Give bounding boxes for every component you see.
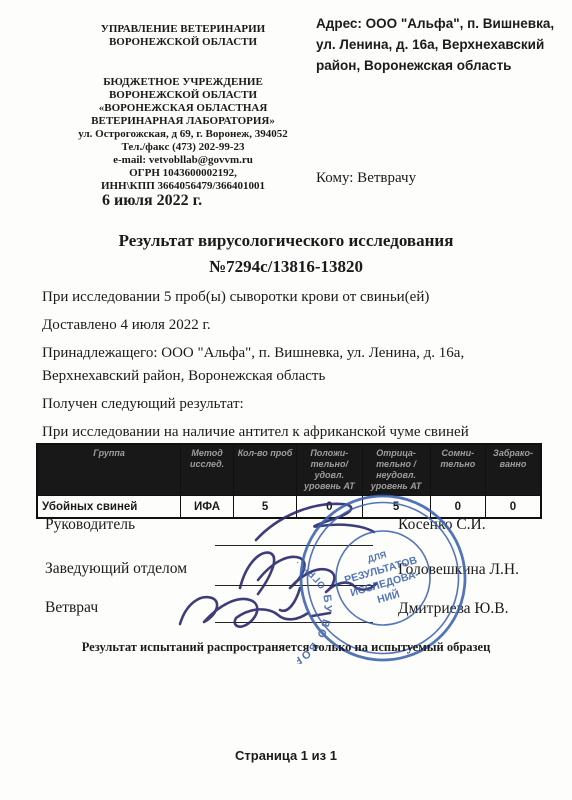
body-paragraph: Получен следующий результат: bbox=[42, 393, 544, 416]
recipient-address: Адрес: ООО "Альфа", п. Вишневка, ул. Лен… bbox=[316, 13, 564, 76]
page-number: Страница 1 из 1 bbox=[0, 748, 572, 763]
body-paragraph: При исследовании 5 проб(ы) сыворотки кро… bbox=[42, 286, 544, 309]
document-page: УПРАВЛЕНИЕ ВЕТЕРИНАРИИ ВОРОНЕЖСКОЙ ОБЛАС… bbox=[0, 0, 572, 800]
col-header-method: Метод исслед. bbox=[181, 444, 234, 496]
org-institution-details: БЮДЖЕТНОЕ УЧРЕЖДЕНИЕ ВОРОНЕЖСКОЙ ОБЛАСТИ… bbox=[55, 76, 311, 193]
signature-role: Ветврач bbox=[45, 599, 98, 617]
signature-role: Заведующий отделом bbox=[45, 560, 187, 578]
org-header-block: УПРАВЛЕНИЕ ВЕТЕРИНАРИИ ВОРОНЕЖСКОЙ ОБЛАС… bbox=[55, 10, 311, 206]
body-paragraph: Доставлено 4 июля 2022 г. bbox=[42, 314, 544, 337]
body-paragraph: Принадлежащего: ООО "Альфа", п. Вишневка… bbox=[42, 342, 544, 388]
col-header-positive: Положи- тельно/ удовл. уровень АТ bbox=[297, 444, 363, 496]
results-table: Группа Метод исслед. Кол-во проб Положи-… bbox=[36, 443, 542, 519]
cell-rejected: 0 bbox=[486, 496, 541, 519]
org-department: УПРАВЛЕНИЕ ВЕТЕРИНАРИИ ВОРОНЕЖСКОЙ ОБЛАС… bbox=[55, 23, 311, 49]
cell-method: ИФА bbox=[181, 496, 234, 519]
col-header-rejected: Забрако- ванно bbox=[486, 444, 541, 496]
document-date: 6 июля 2022 г. bbox=[102, 192, 202, 210]
cell-doubtful: 0 bbox=[430, 496, 485, 519]
document-title: Результат вирусологического исследования… bbox=[0, 228, 572, 280]
signature-line bbox=[215, 531, 373, 546]
signature-name: Косенко С.И. bbox=[398, 516, 486, 534]
col-header-group: Группа bbox=[37, 444, 181, 496]
cell-sample-count: 5 bbox=[234, 496, 297, 519]
signature-name: Головешкина Л.Н. bbox=[398, 561, 519, 579]
signature-line bbox=[215, 608, 373, 623]
recipient-to-line: Кому: Ветврачу bbox=[316, 170, 416, 187]
cell-negative: 5 bbox=[362, 496, 430, 519]
title-line-2: №7294с/13816-13820 bbox=[209, 257, 363, 276]
signature-name: Дмитриева Ю.В. bbox=[398, 600, 508, 618]
title-line-1: Результат вирусологического исследования bbox=[119, 231, 454, 250]
signature-role: Руководитель bbox=[45, 516, 135, 534]
result-scope-note: Результат испытаний распространяется тол… bbox=[0, 640, 572, 655]
signature-line bbox=[215, 571, 373, 586]
col-header-doubtful: Сомни- тельно bbox=[430, 444, 485, 496]
col-header-negative: Отрица- тельно / неудовл. уровень АТ bbox=[362, 444, 430, 496]
table-row: Убойных свиней ИФА 5 0 5 0 0 bbox=[37, 496, 541, 519]
stamp-center-line: ДЛЯ bbox=[366, 549, 387, 564]
cell-positive: 0 bbox=[297, 496, 363, 519]
table-header-row: Группа Метод исслед. Кол-во проб Положи-… bbox=[37, 444, 541, 496]
col-header-sample-count: Кол-во проб bbox=[234, 444, 297, 496]
cell-group: Убойных свиней bbox=[37, 496, 181, 519]
